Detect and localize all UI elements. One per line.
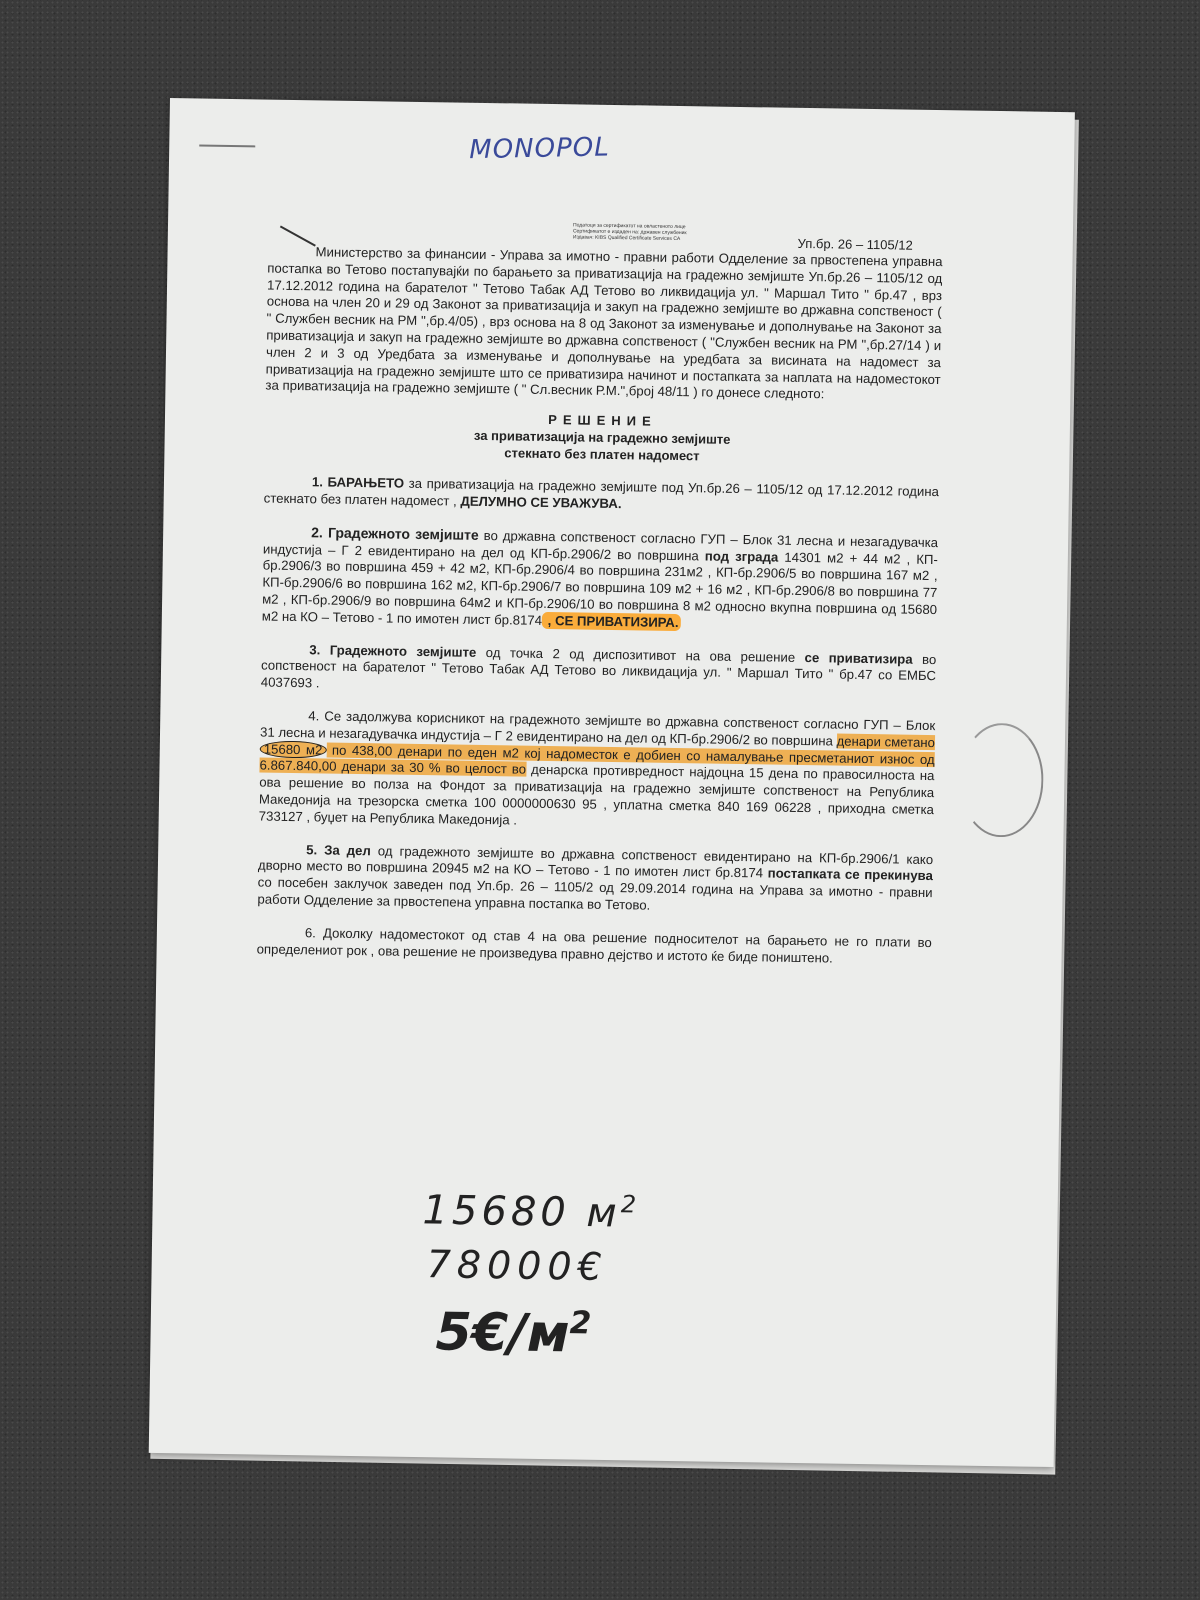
note-text: 15680 м xyxy=(422,1187,621,1236)
item-lead: 2. Градежното земјиште xyxy=(311,524,479,543)
highlighted-text: денари сметано xyxy=(836,733,935,750)
item-lead: 3. Градежното земјиште xyxy=(309,642,476,660)
handwritten-label: MONOPOL xyxy=(469,132,610,165)
case-reference: Уп.бр. 26 – 1105/12 xyxy=(797,236,912,255)
note-sup: 2 xyxy=(569,1305,591,1341)
highlighted-verdict: , СЕ ПРИВАТИЗИРА. xyxy=(542,612,681,631)
item-emphasis: постапката се прекинува xyxy=(768,866,933,884)
item-verdict: ДЕЛУМНО СЕ УВАЖУВА. xyxy=(460,494,621,512)
item-5: 5. За дел од градежното земјиште во држа… xyxy=(257,841,933,919)
note-text: 5€/м xyxy=(435,1302,570,1364)
item-lead: 5. За дел xyxy=(306,842,371,858)
certificate-note: Податоци за сертификатот на овластеното … xyxy=(573,222,733,243)
item-emphasis: се приватизира xyxy=(804,650,912,667)
item-emphasis: под зграда xyxy=(705,548,779,564)
handwritten-price: 78000€ xyxy=(426,1242,608,1289)
item-4: 4. Се задолжува корисникот на градежното… xyxy=(259,707,936,835)
official-stamp xyxy=(958,722,1044,837)
item-2: 2. Градежното земјиште во државна сопств… xyxy=(262,523,939,635)
handwritten-rate: 5€/м2 xyxy=(435,1302,591,1364)
staple-mark xyxy=(199,144,255,147)
item-lead: 1. БАРАЊЕТО xyxy=(312,474,404,490)
circled-area: 15680 м2 xyxy=(260,740,327,758)
document-body: Податоци за сертификатот на овластеното … xyxy=(257,230,943,969)
document-page: MONOPOL Податоци за сертификатот на овла… xyxy=(149,98,1075,1467)
preamble: Министерство за финансии - Управа за имо… xyxy=(265,230,943,406)
note-sup: 2 xyxy=(621,1190,641,1218)
handwritten-area: 15680 м2 xyxy=(422,1187,640,1237)
